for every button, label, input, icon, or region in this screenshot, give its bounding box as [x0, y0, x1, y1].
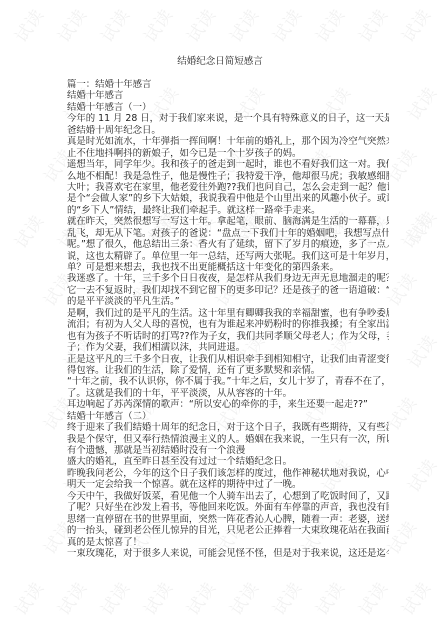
text-line: 乱飞，却无从下笔。对孩子的爸说：“盘点一下我们十年的婚姻吧，我想写点什么纪念一下 — [67, 228, 389, 239]
text-line: 的一抬头，碰到老公侄儿惊异的目光，只见老公正捧着一大束玫瑰花站在我面前。。哇噻 — [67, 525, 389, 536]
text-line: 是啊，我们过的是平凡的生活。这十年里有卿卿我我的幸福甜蜜，也有争吵委屈时的伤心 — [67, 308, 389, 319]
text-line: 一束玫瑰花，对于很多人来说，可能会见怪不怪，但是对于我来说，这还是迄今为止我收 — [67, 548, 389, 559]
text-line: 也有为孩子不听话时的打骂??作为子女，我们共同孝顺父母老人；作为父母，我们抚养孩 — [67, 331, 389, 342]
text-line: 呢。”想了很久，他总结出三条：香火有了延续，留下了岁月的痕迹，多了一点人民币。我 — [67, 239, 389, 250]
text-line: 么地不相配！我是急性子，他是慢性子；我特爱干净，他却很马虎；我敏感细腻，他粗枝 — [67, 171, 389, 182]
text-line: 了呢？只好坐在沙发上看书，等他回来吃饭。外面有车停靠的声音，我也没有回头去看， — [67, 502, 389, 513]
text-line: 大叶；我喜欢宅在家里，他老爱往外跑??我们也问自己，怎么会走到一起？他说他看出我 — [67, 182, 389, 193]
text-line: 是个“会做人家”的乡下大姑娘，我说我看中他是个山里出来的风趣小伙子。或许正是相同 — [67, 193, 389, 204]
text-line: “十年之前，我不认识你，你不属于我。”十年之后，女儿十岁了，青春不在了，有房有车 — [67, 376, 389, 387]
text-line: 明天一定会给我一个惊喜。就在这样的期待中过了一晚。 — [67, 479, 389, 490]
text-line: 它一去不复返时，我们却找不到它留下的更多印记？还是孩子的爸一语道破：“因为我们过 — [67, 285, 389, 296]
text-line: 有个遗憾，那就是当初结婚时没有一个浪漫 — [67, 445, 389, 456]
text-line: 篇一：结婚十年感言 — [67, 79, 389, 90]
text-line: 得包容。让我们的生活，除了爱情，还有了更多默契和亲情。 — [67, 365, 389, 376]
text-line: 单？可是想来想去，我也找不出更能概括这十年变化的第四条来。 — [67, 262, 389, 273]
text-line: 结婚十年感言（二） — [67, 411, 389, 422]
text-line: 流泪；有初为人父人母的喜悦，也有为谁起来冲奶粉时的你推我搡；有全家出游的快乐， — [67, 319, 389, 330]
text-line: 盛大的婚礼，直至昨日甚至没有过过一个结婚纪念日。 — [67, 456, 389, 467]
text-line: 终于迎来了我们结婚十周年的纪念日，对于这个日子，我既有些期待，又有些漠然。 — [67, 422, 389, 433]
text-line: 我迷惑了。十年，三千多个日日夜夜，是怎样从我们身边无声无息地溜走的呢？以至于当 — [67, 273, 389, 284]
text-line: 我是个保守，但又奉行热情浪漫主义的人。婚姻在我来说，一生只有一次，所以心中一直 — [67, 434, 389, 445]
text-line: 昨晚我问老公，今年的这个日子我们该怎样的度过，他作神秘状地对我说，心中已有打算， — [67, 468, 389, 479]
text-line: 爸结婚十周年纪念日。 — [67, 125, 389, 136]
text-line: 结婚十年感言 — [67, 90, 389, 101]
text-line: 结婚十年感言（一） — [67, 102, 389, 113]
text-line: 的“乡下人”情结，最终让我们牵起手。就这样一路牵手走来。 — [67, 205, 389, 216]
text-line: 遥想当年，同学年少。我和孩子的爸走到一起时，谁也不看好我们这一对。我们那时是多 — [67, 159, 389, 170]
text-line: 的是平平淡淡的平凡生活。” — [67, 296, 389, 307]
text-line: 耳边响起了苏芮深情的歌声：“所以安心的牵你的手，来生还要一起走??” — [67, 399, 389, 410]
text-line: 思绪一直停留在书的世界里面，突然一阵花香沁人心脾，随着一声：老婆，送给你！我猛 — [67, 514, 389, 525]
text-line: 真是时光如流水，十年弹指一挥间啊！十年前的婚礼上，那个因为冷空气突然来袭，冻得 — [67, 136, 389, 147]
text-line: 了。这就是我们的十年，平平淡淡，从从容容的十年。 — [67, 388, 389, 399]
document-body: 篇一：结婚十年感言 结婚十年感言 结婚十年感言（一） 今年的 11 月 28 日… — [67, 79, 389, 559]
text-line: 今天中午，我做好饭菜，看见他一个人骑车出去了，心想到了吃饭时间了，又跑到哪里去 — [67, 491, 389, 502]
text-line: 就在昨天，突然很想写一写这十年。拿起笔，眼前、脑海满是生活的一幕幕，只觉得思绪 — [67, 216, 389, 227]
document-page: 结婚纪念日简短感言 篇一：结婚十年感言 结婚十年感言 结婚十年感言（一） 今年的… — [0, 0, 440, 620]
document-title: 结婚纪念日简短感言 — [0, 56, 440, 68]
text-line: 真的是太惊喜了！ — [67, 537, 389, 548]
text-line: 说，这也太精辟了。单位里一年一总结，还写两大张呢。我们这可是十年岁月，就这么简 — [67, 251, 389, 262]
text-line: 止不住地抖啊抖的新娘子，如今已是一个十岁孩子的妈。 — [67, 148, 389, 159]
text-line: 正是这平凡的三千多个日夜，让我们从相识牵手到相知相守，让我们由青涩变得成熟，变 — [67, 354, 389, 365]
text-line: 今年的 11 月 28 日，对于我们家来说，是一个具有特殊意义的日子，这一天是我… — [67, 113, 389, 124]
text-line: 子；作为父妻，我们相濡以沫，共同进退。 — [67, 342, 389, 353]
